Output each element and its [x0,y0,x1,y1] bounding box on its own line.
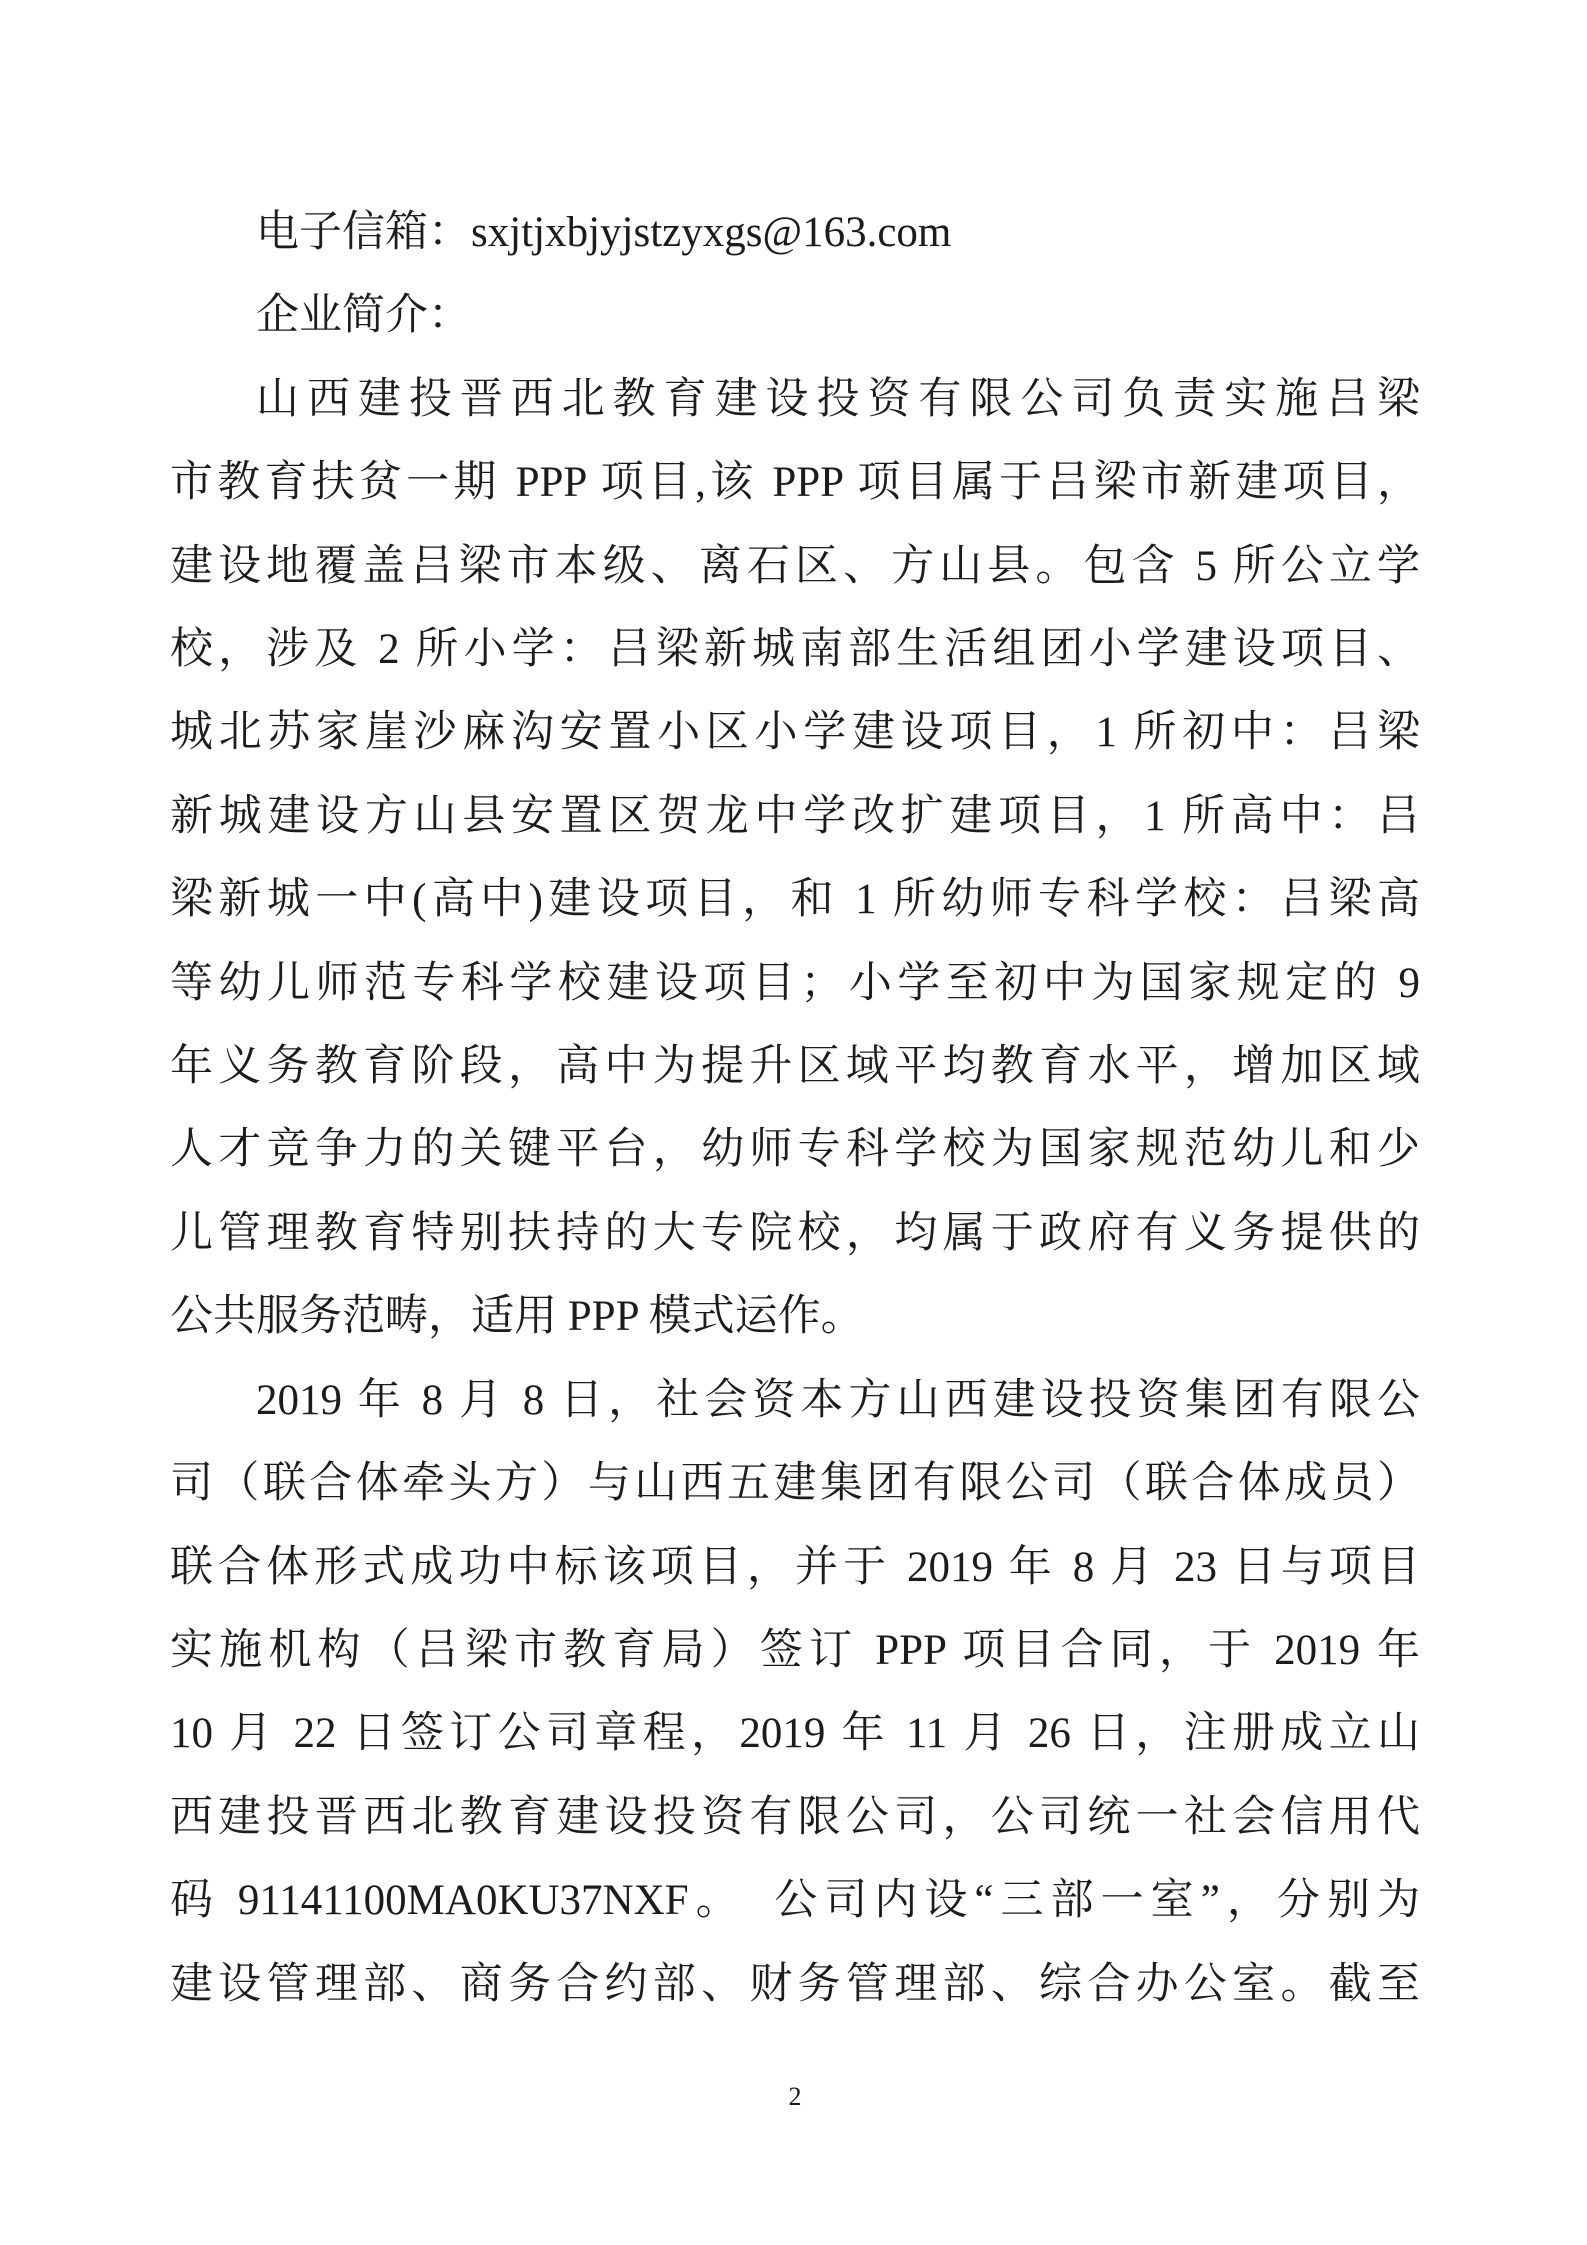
text-line: 10 月 22 日签订公司章程，2019 年 11 月 26 日，注册成立山 [170,1692,1420,1775]
text-line: 人才竞争力的关键平台，幼师专科学校为国家规范幼儿和少 [170,1108,1420,1191]
text-line: 公共服务范畴，适用 PPP 模式运作。 [170,1275,1420,1358]
page-number: 2 [170,2082,1420,2112]
text-line: 建设管理部、商务合约部、财务管理部、综合办公室。截至 [170,1943,1420,2026]
text-line: 西建投晋西北教育建设投资有限公司，公司统一社会信用代 [170,1776,1420,1859]
text-line: 城北苏家崖沙麻沟安置小区小学建设项目，1 所初中：吕梁 [170,691,1420,774]
text-line: 市教育扶贫一期 PPP 项目,该 PPP 项目属于吕梁市新建项目， [170,441,1420,524]
text-line: 司（联合体牵头方）与山西五建集团有限公司（联合体成员） [170,1442,1420,1525]
text-line: 企业简介： [170,274,1420,357]
text-line: 2019 年 8 月 8 日，社会资本方山西建设投资集团有限公 [170,1359,1420,1442]
text-line: 山西建投晋西北教育建设投资有限公司负责实施吕梁 [170,358,1420,441]
text-line: 梁新城一中(高中)建设项目，和 1 所幼师专科学校：吕梁高 [170,858,1420,941]
text-line: 码 91141100MA0KU37NXF。 公司内设“三部一室”，分别为 [170,1859,1420,1942]
text-line: 建设地覆盖吕梁市本级、离石区、方山县。包含 5 所公立学 [170,525,1420,608]
text-line: 年义务教育阶段，高中为提升区域平均教育水平，增加区域 [170,1025,1420,1108]
text-line: 校，涉及 2 所小学：吕梁新城南部生活组团小学建设项目、 [170,608,1420,691]
text-line: 儿管理教育特别扶持的大专院校，均属于政府有义务提供的 [170,1192,1420,1275]
text-line: 等幼儿师范专科学校建设项目；小学至初中为国家规定的 9 [170,942,1420,1025]
text-line: 新城建设方山县安置区贺龙中学改扩建项目，1 所高中：吕 [170,775,1420,858]
text-line: 联合体形式成功中标该项目，并于 2019 年 8 月 23 日与项目 [170,1526,1420,1609]
document-page: 电子信箱：sxjtjxbjyjstzyxgs@163.com 企业简介： 山西建… [0,0,1587,2245]
text-line: 实施机构（吕梁市教育局）签订 PPP 项目合同，于 2019 年 [170,1609,1420,1692]
text-line: 电子信箱：sxjtjxbjyjstzyxgs@163.com [170,191,1420,274]
document-body-text: 电子信箱：sxjtjxbjyjstzyxgs@163.com 企业简介： 山西建… [170,191,1420,2026]
